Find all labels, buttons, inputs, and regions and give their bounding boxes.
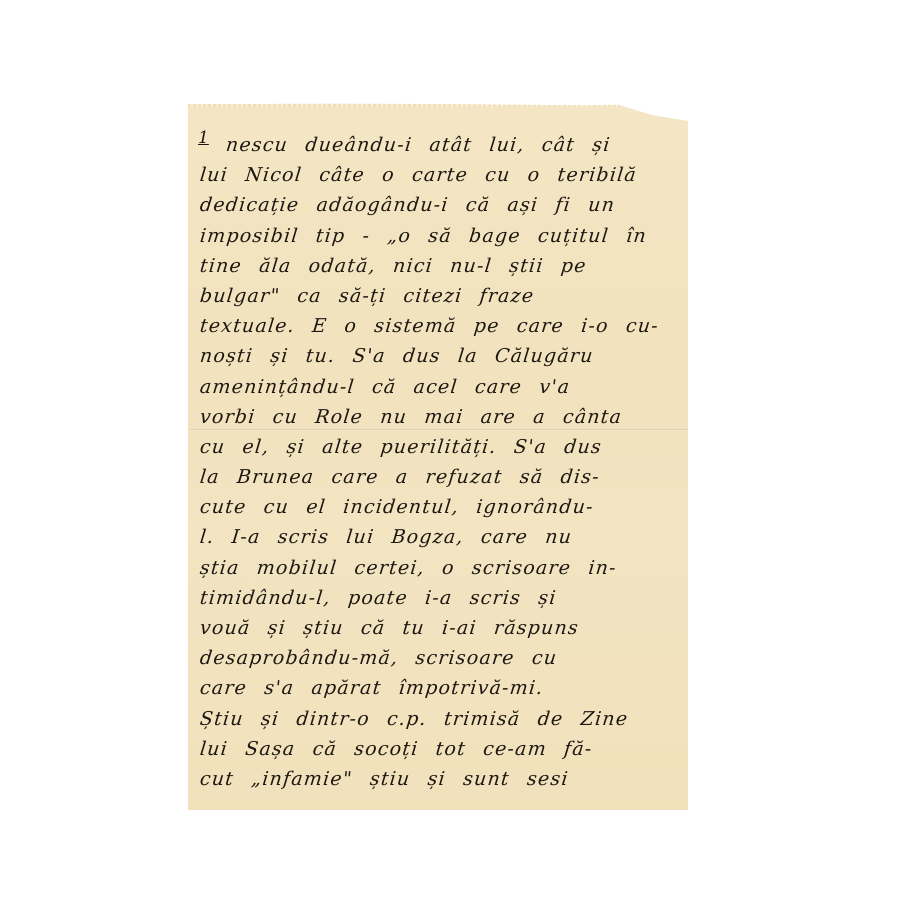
text-line: tine ăla odată, nici nu-l știi pe: [198, 251, 681, 281]
text-line: nescu dueându-i atât lui, cât și: [198, 130, 681, 160]
text-line: amenințându-l că acel care v'a: [198, 372, 681, 402]
text-line: cu el, și alte puerilități. S'a dus: [198, 432, 681, 462]
text-line: lui Nicol câte o carte cu o teribilă: [198, 160, 681, 190]
letter-page: 1 nescu dueându-i atât lui, cât și lui N…: [188, 104, 688, 810]
text-line: textuale. E o sistemă pe care i-o cu-: [198, 311, 681, 341]
torn-top-edge: [188, 104, 688, 107]
text-line: timidându-l, poate i-a scris și: [198, 583, 681, 613]
text-line: la Brunea care a refuzat să dis-: [198, 462, 681, 492]
text-line: care s'a apărat împotrivă-mi.: [198, 673, 681, 703]
text-line: imposibil tip - „o să bage cuțitul în: [198, 221, 681, 251]
text-line: bulgar" ca să-ți citezi fraze: [198, 281, 681, 311]
text-line: cut „infamie" știu și sunt sesi: [198, 764, 681, 794]
text-line: Știu și dintr-o c.p. trimisă de Zine: [198, 704, 681, 734]
text-line: lui Sașa că socoți tot ce-am fă-: [198, 734, 681, 764]
text-line: cute cu el incidentul, ignorându-: [198, 492, 681, 522]
text-line: știa mobilul certei, o scrisoare in-: [198, 553, 681, 583]
text-line: l. I-a scris lui Bogza, care nu: [198, 522, 681, 552]
text-line: dedicație adăogându-i că ași fi un: [198, 190, 681, 220]
text-line: vouă și știu că tu i-ai răspuns: [198, 613, 681, 643]
text-line: noști și tu. S'a dus la Călugăru: [198, 341, 681, 371]
text-line: vorbi cu Role nu mai are a cânta: [198, 402, 681, 432]
text-line: desaprobându-mă, scrisoare cu: [198, 643, 681, 673]
handwritten-text: nescu dueându-i atât lui, cât și lui Nic…: [200, 130, 680, 794]
